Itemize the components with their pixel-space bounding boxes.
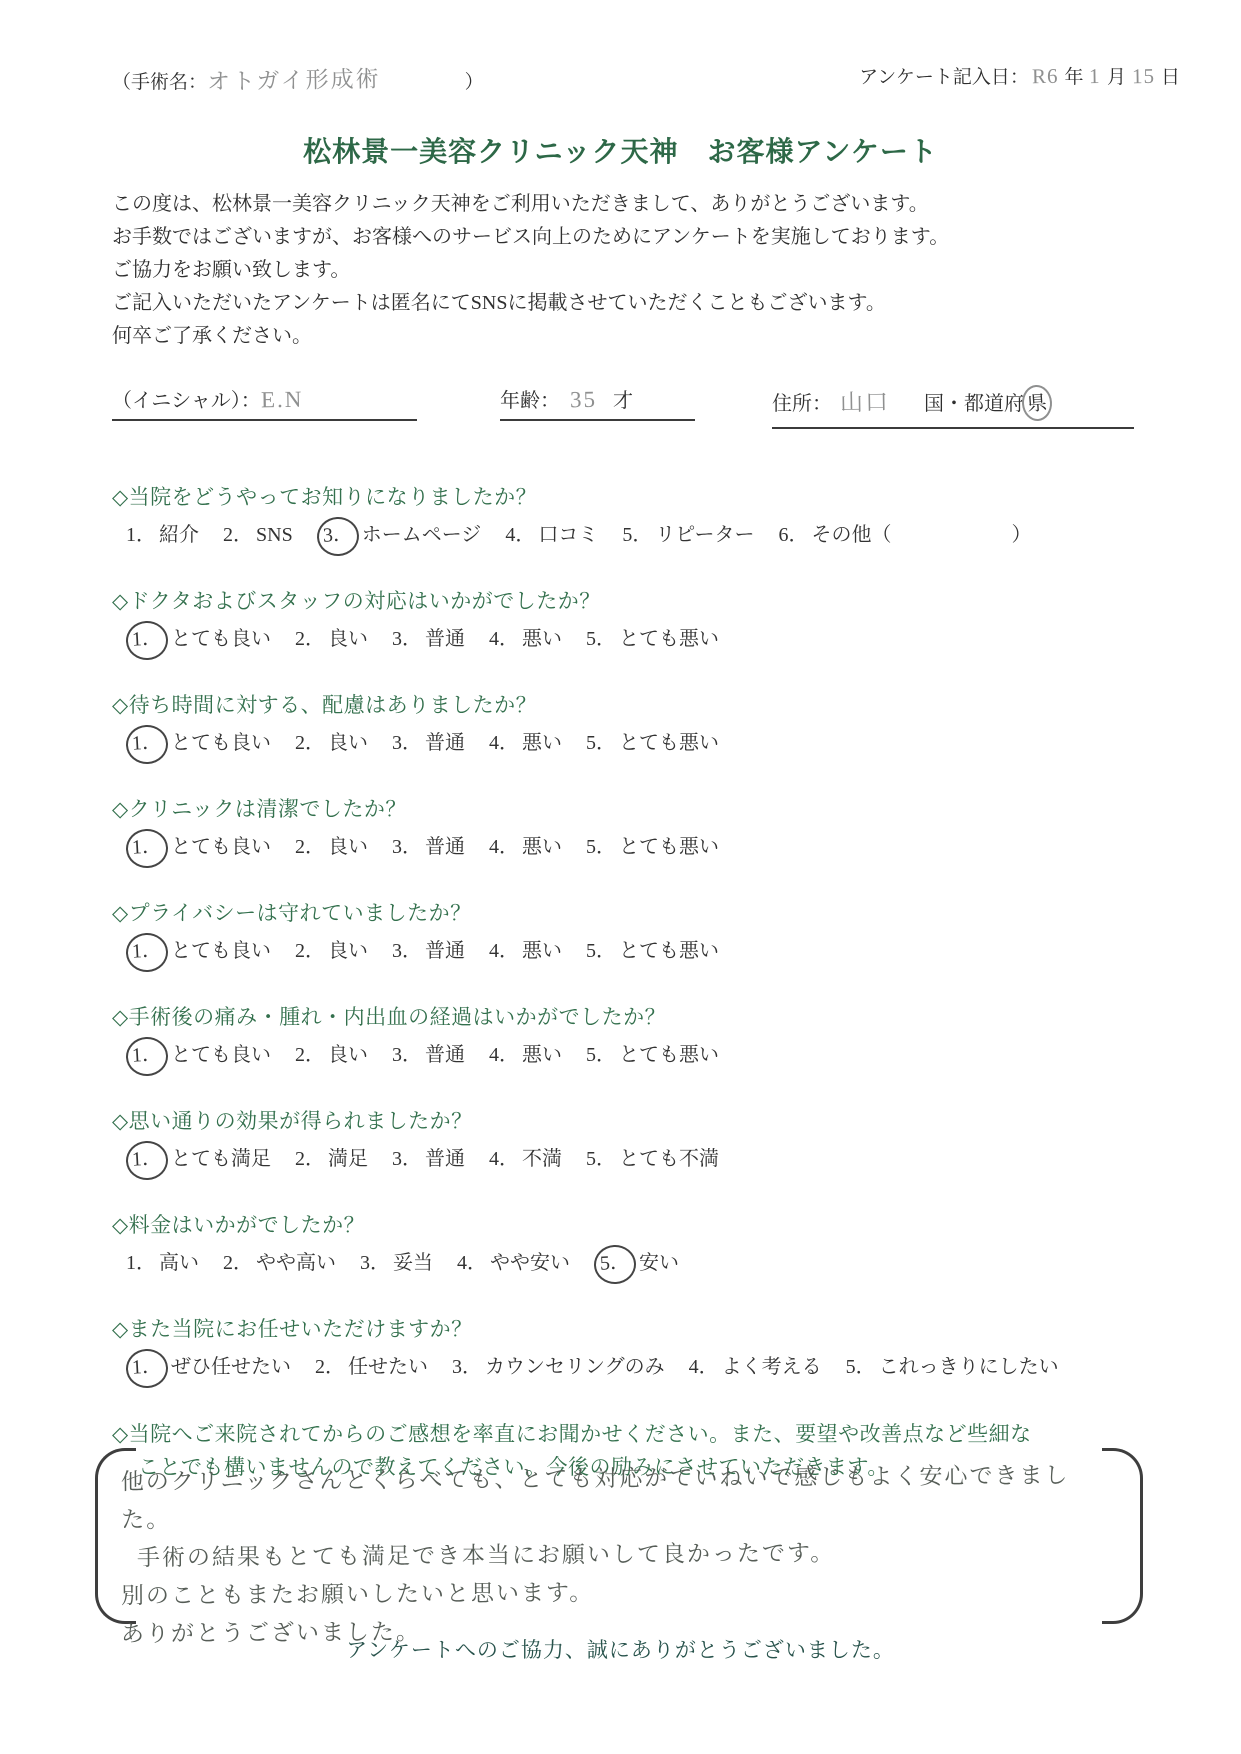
option: 4．悪い — [489, 940, 562, 962]
option: 3．普通 — [392, 1148, 465, 1170]
question-block: ◇料金はいかがでしたか？ 1．高い2．やや高い3．妥当4．やや安い5．安い — [112, 1210, 1205, 1284]
question-options: 1．とても良い2．良い3．普通4．悪い5．とても悪い — [112, 621, 1205, 660]
option-label: とても良い — [171, 628, 271, 650]
option-number: 4． — [489, 1143, 519, 1175]
option-label: 任せたい — [348, 1356, 428, 1378]
option: 1．とても良い — [126, 732, 271, 754]
intro-line: 何卒ご了承ください。 — [112, 320, 1181, 353]
option-number: 5． — [586, 623, 616, 655]
comment-line: 他のクリニックさんとくらべても、とても対応がていねいで感じもよく安心できました。 — [121, 1457, 1104, 1540]
address-label: 住所： — [772, 393, 832, 415]
option-label: 普通 — [425, 732, 465, 754]
option-number: 5． — [586, 1039, 616, 1071]
question-title: ◇当院をどうやってお知りになりましたか？ — [112, 482, 1205, 512]
option-number: 5． — [622, 519, 652, 551]
option-label: 不満 — [522, 1148, 562, 1170]
survey-date-era-handwritten: R6 — [1032, 64, 1059, 89]
option-number: 4． — [505, 519, 535, 551]
option-label: 良い — [328, 628, 368, 650]
option: 4．悪い — [489, 836, 562, 858]
question-options: 1．紹介2．SNS3．ホームページ4．口コミ5．リピーター6．その他（ ） — [112, 517, 1205, 556]
question-options: 1．とても良い2．良い3．普通4．悪い5．とても悪い — [112, 933, 1205, 972]
option: 1．とても良い — [126, 628, 271, 650]
question-block: ◇ドクタおよびスタッフの対応はいかがでしたか？ 1．とても良い2．良い3．普通4… — [112, 586, 1205, 660]
option: 4．よく考える — [689, 1356, 822, 1378]
day-suffix: 日 — [1161, 67, 1180, 88]
option: 5．とても不満 — [586, 1148, 719, 1170]
option-label: 悪い — [522, 628, 562, 650]
option-number: 3． — [392, 727, 422, 759]
option-label: 良い — [328, 1044, 368, 1066]
option-label: 普通 — [425, 836, 465, 858]
page-title: 松林景一美容クリニック天神 お客様アンケート — [0, 130, 1241, 170]
option-label: 良い — [328, 732, 368, 754]
option: 3．普通 — [392, 732, 465, 754]
option-label: 普通 — [425, 940, 465, 962]
option: 4．口コミ — [505, 524, 598, 546]
region-circled-prefecture: 県 — [1021, 384, 1053, 422]
option: 2．やや高い — [223, 1252, 336, 1274]
option: 5．とても悪い — [586, 836, 719, 858]
option-number: 2． — [315, 1351, 345, 1383]
option-label: とても良い — [171, 836, 271, 858]
age-field: 年齢：35才 — [500, 384, 695, 421]
form-header-row: （手術名：オトガイ形成術） アンケート記入日：R6年1月15日 — [112, 62, 1183, 95]
question-title: ◇クリニックは清潔でしたか？ — [112, 794, 1205, 824]
question-title: ◇料金はいかがでしたか？ — [112, 1210, 1205, 1240]
respondent-info-row: （イニシャル）：E.N 年齢：35才 住所：山口国・都道府県 — [0, 384, 1241, 426]
option: 4．不満 — [489, 1148, 562, 1170]
question-title: ◇プライバシーは守れていましたか？ — [112, 898, 1205, 928]
option: 2．良い — [295, 940, 368, 962]
option-label: 普通 — [425, 1044, 465, 1066]
option-label: これっきりにしたい — [879, 1356, 1059, 1378]
option: 1．とても満足 — [126, 1148, 271, 1170]
option: 5．とても悪い — [586, 628, 719, 650]
option: 1．とても良い — [126, 836, 271, 858]
option-number: 1． — [126, 519, 156, 551]
option-label: 悪い — [522, 836, 562, 858]
option: 4．やや安い — [457, 1252, 570, 1274]
survey-form-page: （手術名：オトガイ形成術） アンケート記入日：R6年1月15日 松林景一美容クリ… — [0, 0, 1241, 1754]
option-number: 2． — [223, 519, 253, 551]
option-number: 4． — [489, 623, 519, 655]
question-title: ◇待ち時間に対する、配慮はありましたか？ — [112, 690, 1205, 720]
question-title: ◇思い通りの効果が得られましたか？ — [112, 1106, 1205, 1136]
surgery-name-field: （手術名：オトガイ形成術） — [112, 62, 484, 95]
surgery-name-handwritten: オトガイ形成術 — [207, 60, 381, 96]
question-block: ◇クリニックは清潔でしたか？ 1．とても良い2．良い3．普通4．悪い5．とても悪… — [112, 794, 1205, 868]
option-number: 5． — [586, 727, 616, 759]
option-number: 4． — [489, 935, 519, 967]
option-label: 普通 — [425, 1148, 465, 1170]
option-number: 5． — [586, 935, 616, 967]
option-number: 2． — [295, 831, 325, 863]
option: 2．良い — [295, 1044, 368, 1066]
option-label: とても悪い — [619, 836, 719, 858]
option-label: 紹介 — [159, 524, 199, 546]
option-label: 安い — [639, 1252, 679, 1274]
age-suffix: 才 — [613, 390, 633, 412]
option-number: 2． — [223, 1247, 253, 1279]
option-number: 2． — [295, 935, 325, 967]
selected-option-circle: 3． — [316, 516, 360, 557]
option-label: 悪い — [522, 940, 562, 962]
option: 3．普通 — [392, 628, 465, 650]
option: 2．良い — [295, 628, 368, 650]
option: 5．とても悪い — [586, 732, 719, 754]
free-comment-prompt-line: ◇当院へご来院されてからのご感想を率直にお聞かせください。また、要望や改善点など… — [112, 1418, 1205, 1451]
question-block: ◇当院をどうやってお知りになりましたか？ 1．紹介2．SNS3．ホームページ4．… — [112, 482, 1205, 556]
question-block: ◇待ち時間に対する、配慮はありましたか？ 1．とても良い2．良い3．普通4．悪い… — [112, 690, 1205, 764]
selected-option-circle: 1． — [125, 620, 169, 661]
survey-date-field: アンケート記入日：R6年1月15日 — [859, 62, 1183, 95]
option-label: とても良い — [171, 732, 271, 754]
option-number: 4． — [489, 831, 519, 863]
survey-date-label: アンケート記入日： — [859, 67, 1029, 88]
year-suffix: 年 — [1064, 67, 1083, 88]
option-label: SNS — [256, 524, 293, 546]
option-label: 良い — [328, 836, 368, 858]
question-block: ◇手術後の痛み・腫れ・内出血の経過はいかがでしたか？ 1．とても良い2．良い3．… — [112, 1002, 1205, 1076]
option-number: 3． — [392, 623, 422, 655]
option-label: 悪い — [522, 732, 562, 754]
option: 2．満足 — [295, 1148, 368, 1170]
option: 3．カウンセリングのみ — [452, 1356, 665, 1378]
selected-option-circle: 1． — [125, 724, 169, 765]
option-label: カウンセリングのみ — [485, 1356, 665, 1378]
option-number: 2． — [295, 1039, 325, 1071]
initial-label: （イニシャル）： — [112, 390, 261, 412]
option-label: 普通 — [425, 628, 465, 650]
intro-line: ご記入いただいたアンケートは匿名にてSNSに掲載させていただくこともございます。 — [112, 287, 1181, 320]
surgery-name-close-paren: ） — [465, 72, 484, 93]
option: 3．普通 — [392, 1044, 465, 1066]
option-number: 1． — [126, 1247, 156, 1279]
question-options: 1．とても良い2．良い3．普通4．悪い5．とても悪い — [112, 829, 1205, 868]
option-label: 口コミ — [538, 524, 598, 546]
option-label: よく考える — [722, 1356, 822, 1378]
option-label: 妥当 — [393, 1252, 433, 1274]
option-label: 良い — [328, 940, 368, 962]
option: 1．とても良い — [126, 940, 271, 962]
option-number: 5． — [846, 1351, 876, 1383]
question-title: ◇手術後の痛み・腫れ・内出血の経過はいかがでしたか？ — [112, 1002, 1205, 1032]
option: 1．紹介 — [126, 524, 199, 546]
question-title: ◇また当院にお任せいただけますか？ — [112, 1314, 1205, 1344]
option-number: 2． — [295, 727, 325, 759]
age-label: 年齢： — [500, 390, 560, 412]
option-label: 悪い — [522, 1044, 562, 1066]
age-handwritten: 35 — [570, 387, 597, 413]
option: 3．普通 — [392, 940, 465, 962]
option-label: やや安い — [490, 1252, 570, 1274]
option: 3．妥当 — [360, 1252, 433, 1274]
option: 3．普通 — [392, 836, 465, 858]
option-label: 高い — [159, 1252, 199, 1274]
question-block: ◇また当院にお任せいただけますか？ 1．ぜひ任せたい2．任せたい3．カウンセリン… — [112, 1314, 1205, 1388]
option: 2．任せたい — [315, 1356, 428, 1378]
question-options: 1．とても良い2．良い3．普通4．悪い5．とても悪い — [112, 725, 1205, 764]
intro-paragraph: この度は、松林景一美容クリニック天神をご利用いただきまして、ありがとうございます… — [112, 188, 1181, 353]
option-label: とても悪い — [619, 1044, 719, 1066]
option: 5．安い — [594, 1252, 679, 1274]
option-label: とても満足 — [171, 1148, 271, 1170]
month-suffix: 月 — [1107, 67, 1126, 88]
option-number: 2． — [295, 1143, 325, 1175]
survey-date-day-handwritten: 15 — [1132, 64, 1155, 89]
option-label: ぜひ任せたい — [171, 1356, 291, 1378]
option: 2．SNS — [223, 524, 293, 546]
option: 5．リピーター — [622, 524, 754, 546]
option-number: 4． — [457, 1247, 487, 1279]
intro-line: この度は、松林景一美容クリニック天神をご利用いただきまして、ありがとうございます… — [112, 188, 1181, 221]
option: 1．とても良い — [126, 1044, 271, 1066]
option-number: 4． — [489, 1039, 519, 1071]
option: 5．これっきりにしたい — [846, 1356, 1059, 1378]
option-label: その他（ ） — [812, 524, 1032, 546]
option-label: とても良い — [171, 1044, 271, 1066]
handwritten-comment-box: 他のクリニックさんとくらべても、とても対応がていねいで感じもよく安心できました。… — [95, 1448, 1143, 1624]
survey-date-month-handwritten: 1 — [1089, 64, 1101, 89]
option: 5．とても悪い — [586, 1044, 719, 1066]
footer-thanks: アンケートへのご協力、誠にありがとうございました。 — [0, 1634, 1241, 1664]
option: 1．ぜひ任せたい — [126, 1356, 291, 1378]
selected-option-circle: 5． — [593, 1244, 637, 1285]
option-label: とても悪い — [619, 628, 719, 650]
option-number: 5． — [586, 1143, 616, 1175]
option-label: とても悪い — [619, 940, 719, 962]
option: 2．良い — [295, 836, 368, 858]
question-options: 1．ぜひ任せたい2．任せたい3．カウンセリングのみ4．よく考える5．これっきりに… — [112, 1349, 1205, 1388]
option: 4．悪い — [489, 732, 562, 754]
intro-line: ご協力をお願い致します。 — [112, 254, 1181, 287]
handwritten-comment: 他のクリニックさんとくらべても、とても対応がていねいで感じもよく安心できました。… — [121, 1460, 1103, 1650]
selected-option-circle: 1． — [125, 932, 169, 973]
option-label: とても悪い — [619, 732, 719, 754]
option-number: 4． — [489, 727, 519, 759]
option-number: 3． — [392, 1143, 422, 1175]
question-options: 1．高い2．やや高い3．妥当4．やや安い5．安い — [112, 1245, 1205, 1284]
selected-option-circle: 1． — [125, 1036, 169, 1077]
option-number: 5． — [586, 831, 616, 863]
question-block: ◇プライバシーは守れていましたか？ 1．とても良い2．良い3．普通4．悪い5．と… — [112, 898, 1205, 972]
option-label: やや高い — [256, 1252, 336, 1274]
question-title: ◇ドクタおよびスタッフの対応はいかがでしたか？ — [112, 586, 1205, 616]
region-label: 国・都道府 — [924, 393, 1024, 415]
option-label: とても良い — [171, 940, 271, 962]
option-number: 6． — [779, 519, 809, 551]
option-label: ホームページ — [362, 524, 482, 546]
option: 6．その他（ ） — [779, 524, 1032, 546]
option-number: 3． — [452, 1351, 482, 1383]
initial-field: （イニシャル）：E.N — [112, 384, 417, 421]
option: 5．とても悪い — [586, 940, 719, 962]
address-field: 住所：山口国・都道府県 — [772, 384, 1134, 429]
question-options: 1．とても良い2．良い3．普通4．悪い5．とても悪い — [112, 1037, 1205, 1076]
option-label: 満足 — [328, 1148, 368, 1170]
option: 3．ホームページ — [317, 524, 482, 546]
option: 1．高い — [126, 1252, 199, 1274]
question-options: 1．とても満足2．満足3．普通4．不満5．とても不満 — [112, 1141, 1205, 1180]
option-number: 3． — [392, 935, 422, 967]
option-number: 3． — [360, 1247, 390, 1279]
selected-option-circle: 1． — [125, 1348, 169, 1389]
option-number: 4． — [689, 1351, 719, 1383]
address-handwritten: 山口 — [840, 384, 891, 418]
surgery-name-label: （手術名： — [112, 72, 207, 93]
question-block: ◇思い通りの効果が得られましたか？ 1．とても満足2．満足3．普通4．不満5．と… — [112, 1106, 1205, 1180]
questions: ◇当院をどうやってお知りになりましたか？ 1．紹介2．SNS3．ホームページ4．… — [112, 482, 1205, 1484]
option-number: 2． — [295, 623, 325, 655]
option: 2．良い — [295, 732, 368, 754]
right-bracket-stroke — [1102, 1448, 1143, 1624]
selected-option-circle: 1． — [125, 1140, 169, 1181]
option-label: リピーター — [655, 524, 754, 546]
option: 4．悪い — [489, 1044, 562, 1066]
option-number: 3． — [392, 1039, 422, 1071]
initial-handwritten: E.N — [261, 387, 304, 414]
selected-option-circle: 1． — [125, 828, 169, 869]
option-label: とても不満 — [619, 1148, 719, 1170]
option: 4．悪い — [489, 628, 562, 650]
option-number: 3． — [392, 831, 422, 863]
intro-line: お手数ではございますが、お客様へのサービス向上のためにアンケートを実施しておりま… — [112, 221, 1181, 254]
